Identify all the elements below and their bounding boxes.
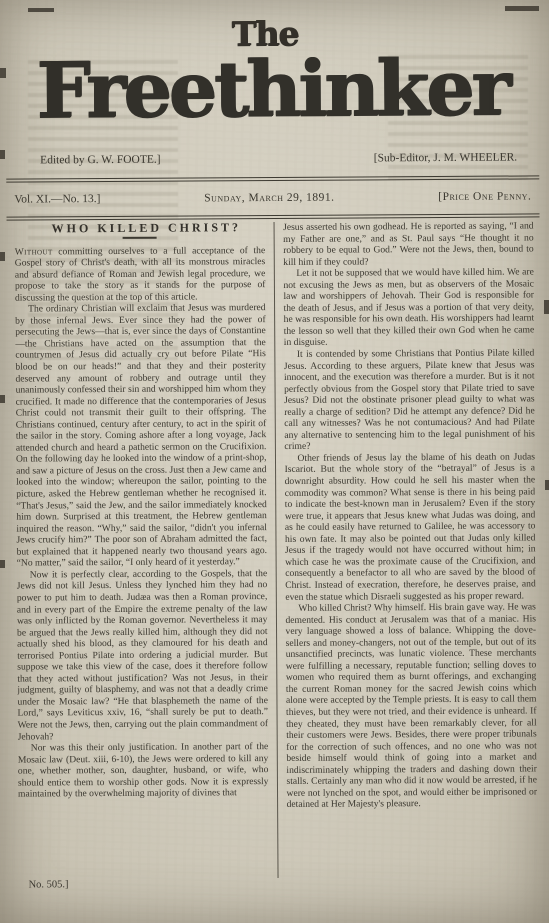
paragraph: Nor was this their only justification. I… — [18, 741, 269, 800]
article-headline: WHO KILLED CHRIST? — [15, 222, 266, 235]
paragraph: Other friends of Jesus lay the blame of … — [284, 451, 535, 603]
headline-rule — [123, 236, 157, 238]
dateline-bar: Vol. XI.—No. 13.] Sunday, March 29, 1891… — [6, 175, 539, 220]
article-columns: WHO KILLED CHRIST? Without committing ou… — [15, 220, 538, 879]
editor-row: Edited by G. W. FOOTE.] [Sub-Editor, J. … — [40, 152, 517, 167]
paragraph: Without committing ourselves to a full a… — [15, 245, 266, 304]
scanned-newspaper-page: The Freethinker Edited by G. W. FOOTE.] … — [0, 0, 549, 923]
paragraph-text: committing ourselves to a full acceptanc… — [15, 245, 266, 304]
issue-footline: No. 505.] — [29, 879, 69, 890]
paragraph: Jesus asserted his own godhead. He is re… — [283, 220, 534, 268]
masthead-title: Freethinker — [0, 42, 547, 134]
volume-number: Vol. XI.—No. 13.] — [14, 193, 100, 206]
price: [Price One Penny. — [438, 190, 531, 203]
paragraph: It is contended by some Christians that … — [284, 347, 535, 452]
paragraph: Who killed Christ? Why himself. His brai… — [285, 601, 537, 810]
printed-content: The Freethinker Edited by G. W. FOOTE.] … — [0, 0, 549, 923]
paragraph: Let it not be supposed that we would hav… — [283, 267, 534, 349]
paragraph: The ordinary Christian will exclaim that… — [15, 302, 267, 569]
left-column: WHO KILLED CHRIST? Without committing ou… — [15, 222, 279, 880]
right-column: Jesus asserted his own godhead. He is re… — [274, 220, 538, 878]
paragraph: Now it is perfectly clear, according to … — [17, 568, 269, 743]
editor-credit: Edited by G. W. FOOTE.] — [40, 154, 161, 167]
lead-word: Without — [15, 246, 53, 257]
issue-date: Sunday, March 29, 1891. — [204, 192, 334, 205]
subeditor-credit: [Sub-Editor, J. M. WHEELER. — [374, 152, 517, 165]
